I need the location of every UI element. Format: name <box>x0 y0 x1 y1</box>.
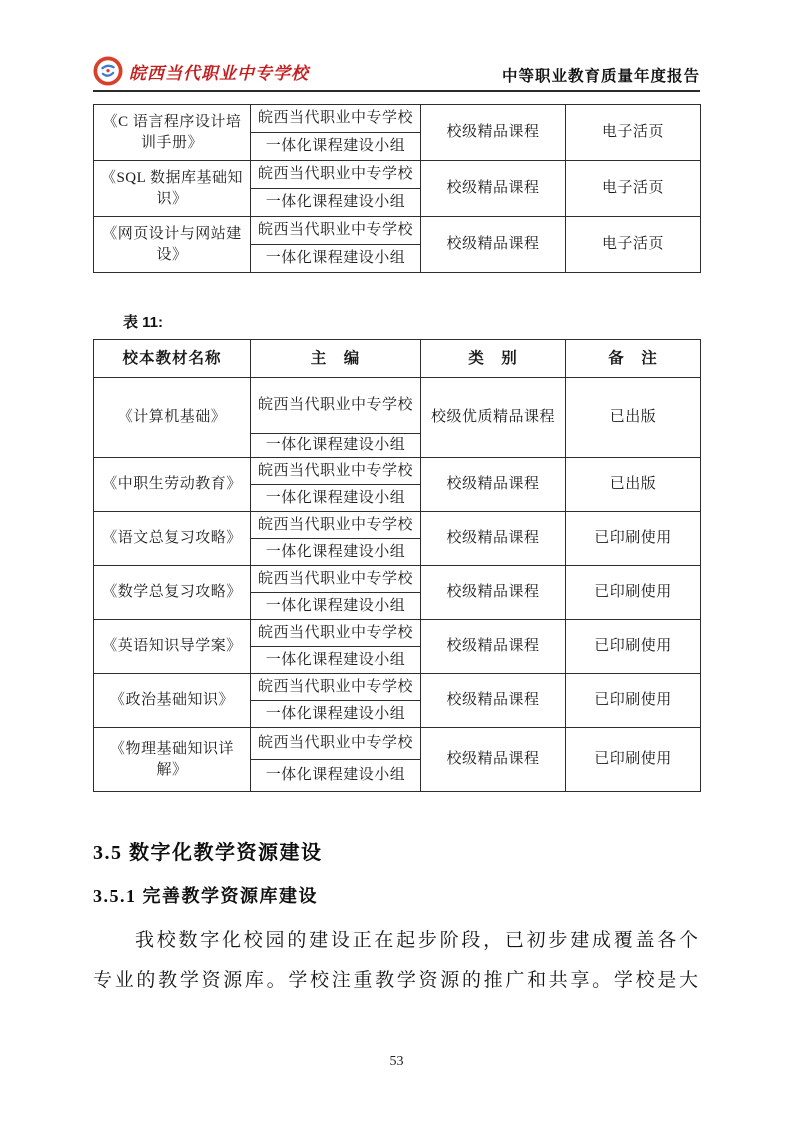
school-logo: 皖西当代职业中专学校 <box>93 56 309 86</box>
section-heading-3-5-1: 3.5.1 完善教学资源库建设 <box>93 882 700 908</box>
report-title: 中等职业教育质量年度报告 <box>502 64 700 86</box>
editor-line2-cell: 一体化课程建设小组 <box>251 593 421 620</box>
table11-header-row: 校本教材名称 主 编 类 别 备 注 <box>94 340 701 378</box>
textbook-title-cell: 《物理基础知识详解》 <box>94 728 251 792</box>
category-cell: 校级精品课程 <box>421 728 566 792</box>
textbook-title-cell: 《英语知识导学案》 <box>94 620 251 674</box>
table-row: 《网页设计与网站建设》皖西当代职业中专学校校级精品课程电子活页 <box>94 217 701 245</box>
table-row: 《政治基础知识》皖西当代职业中专学校校级精品课程已印刷使用 <box>94 674 701 701</box>
paragraph-line-1: 我校数字化校园的建设正在起步阶段，已初步建成覆盖各个 <box>93 921 700 961</box>
table-row: 《C 语言程序设计培训手册》皖西当代职业中专学校校级精品课程电子活页 <box>94 105 701 133</box>
editor-line2-cell: 一体化课程建设小组 <box>251 701 421 728</box>
table-row: 《数学总复习攻略》皖西当代职业中专学校校级精品课程已印刷使用 <box>94 566 701 593</box>
col-header-chief-editor: 主 编 <box>251 340 421 378</box>
table-row: 《语文总复习攻略》皖西当代职业中专学校校级精品课程已印刷使用 <box>94 512 701 539</box>
editor-line2-cell: 一体化课程建设小组 <box>251 245 421 273</box>
note-cell: 电子活页 <box>566 161 701 217</box>
category-cell: 校级精品课程 <box>421 566 566 620</box>
editor-line1-cell: 皖西当代职业中专学校 <box>251 674 421 701</box>
table11-body: 《计算机基础》皖西当代职业中专学校校级优质精品课程已出版一体化课程建设小组《中职… <box>94 378 701 792</box>
textbook-title-cell: 《语文总复习攻略》 <box>94 512 251 566</box>
editor-line2-cell: 一体化课程建设小组 <box>251 539 421 566</box>
table11-caption: 表 11: <box>123 311 700 332</box>
school-name-text: 皖西当代职业中专学校 <box>129 59 309 84</box>
note-cell: 已印刷使用 <box>566 674 701 728</box>
note-cell: 已印刷使用 <box>566 512 701 566</box>
editor-line1-cell: 皖西当代职业中专学校 <box>251 105 421 133</box>
editor-line2-cell: 一体化课程建设小组 <box>251 647 421 674</box>
textbook-title-cell: 《计算机基础》 <box>94 378 251 458</box>
category-cell: 校级精品课程 <box>421 674 566 728</box>
textbook-title-cell: 《政治基础知识》 <box>94 674 251 728</box>
note-cell: 已印刷使用 <box>566 566 701 620</box>
editor-line2-cell: 一体化课程建设小组 <box>251 760 421 792</box>
category-cell: 校级精品课程 <box>421 512 566 566</box>
table-row: 《计算机基础》皖西当代职业中专学校校级优质精品课程已出版 <box>94 378 701 434</box>
school-emblem-icon <box>93 56 123 86</box>
textbook-title-cell: 《SQL 数据库基础知识》 <box>94 161 251 217</box>
body-paragraph: 我校数字化校园的建设正在起步阶段，已初步建成覆盖各个 专业的教学资源库。学校注重… <box>93 921 700 1001</box>
note-cell: 电子活页 <box>566 217 701 273</box>
col-header-category: 类 别 <box>421 340 566 378</box>
col-header-textbook-name: 校本教材名称 <box>94 340 251 378</box>
category-cell: 校级精品课程 <box>421 161 566 217</box>
editor-line1-cell: 皖西当代职业中专学校 <box>251 566 421 593</box>
note-cell: 已出版 <box>566 458 701 512</box>
editor-line2-cell: 一体化课程建设小组 <box>251 189 421 217</box>
table11: 校本教材名称 主 编 类 别 备 注 《计算机基础》皖西当代职业中专学校校级优质… <box>93 339 701 792</box>
editor-line1-cell: 皖西当代职业中专学校 <box>251 512 421 539</box>
note-cell: 电子活页 <box>566 105 701 161</box>
document-page: 皖西当代职业中专学校 中等职业教育质量年度报告 《C 语言程序设计培训手册》皖西… <box>0 0 793 1122</box>
editor-line1-cell: 皖西当代职业中专学校 <box>251 620 421 647</box>
table-row: 《英语知识导学案》皖西当代职业中专学校校级精品课程已印刷使用 <box>94 620 701 647</box>
textbook-title-cell: 《C 语言程序设计培训手册》 <box>94 105 251 161</box>
editor-line1-cell: 皖西当代职业中专学校 <box>251 728 421 760</box>
editor-line2-cell: 一体化课程建设小组 <box>251 133 421 161</box>
col-header-remarks: 备 注 <box>566 340 701 378</box>
table-row: 《SQL 数据库基础知识》皖西当代职业中专学校校级精品课程电子活页 <box>94 161 701 189</box>
category-cell: 校级精品课程 <box>421 105 566 161</box>
textbook-title-cell: 《中职生劳动教育》 <box>94 458 251 512</box>
textbook-title-cell: 《数学总复习攻略》 <box>94 566 251 620</box>
editor-line1-cell: 皖西当代职业中专学校 <box>251 378 421 434</box>
note-cell: 已印刷使用 <box>566 728 701 792</box>
note-cell: 已出版 <box>566 378 701 458</box>
category-cell: 校级精品课程 <box>421 620 566 674</box>
textbook-title-cell: 《网页设计与网站建设》 <box>94 217 251 273</box>
section-heading-3-5: 3.5 数字化教学资源建设 <box>93 836 700 865</box>
page-number: 53 <box>0 1054 793 1070</box>
editor-line1-cell: 皖西当代职业中专学校 <box>251 458 421 485</box>
table-row: 《物理基础知识详解》皖西当代职业中专学校校级精品课程已印刷使用 <box>94 728 701 760</box>
page-header: 皖西当代职业中专学校 中等职业教育质量年度报告 <box>93 0 700 92</box>
editor-line2-cell: 一体化课程建设小组 <box>251 434 421 458</box>
category-cell: 校级优质精品课程 <box>421 378 566 458</box>
continuation-table-body: 《C 语言程序设计培训手册》皖西当代职业中专学校校级精品课程电子活页一体化课程建… <box>94 105 701 273</box>
note-cell: 已印刷使用 <box>566 620 701 674</box>
category-cell: 校级精品课程 <box>421 458 566 512</box>
continuation-table: 《C 语言程序设计培训手册》皖西当代职业中专学校校级精品课程电子活页一体化课程建… <box>93 104 701 273</box>
editor-line1-cell: 皖西当代职业中专学校 <box>251 161 421 189</box>
category-cell: 校级精品课程 <box>421 217 566 273</box>
table-row: 《中职生劳动教育》皖西当代职业中专学校校级精品课程已出版 <box>94 458 701 485</box>
paragraph-line-2: 专业的教学资源库。学校注重教学资源的推广和共享。学校是大 <box>93 961 700 1001</box>
editor-line2-cell: 一体化课程建设小组 <box>251 485 421 512</box>
table11-header: 校本教材名称 主 编 类 别 备 注 <box>94 340 701 378</box>
editor-line1-cell: 皖西当代职业中专学校 <box>251 217 421 245</box>
